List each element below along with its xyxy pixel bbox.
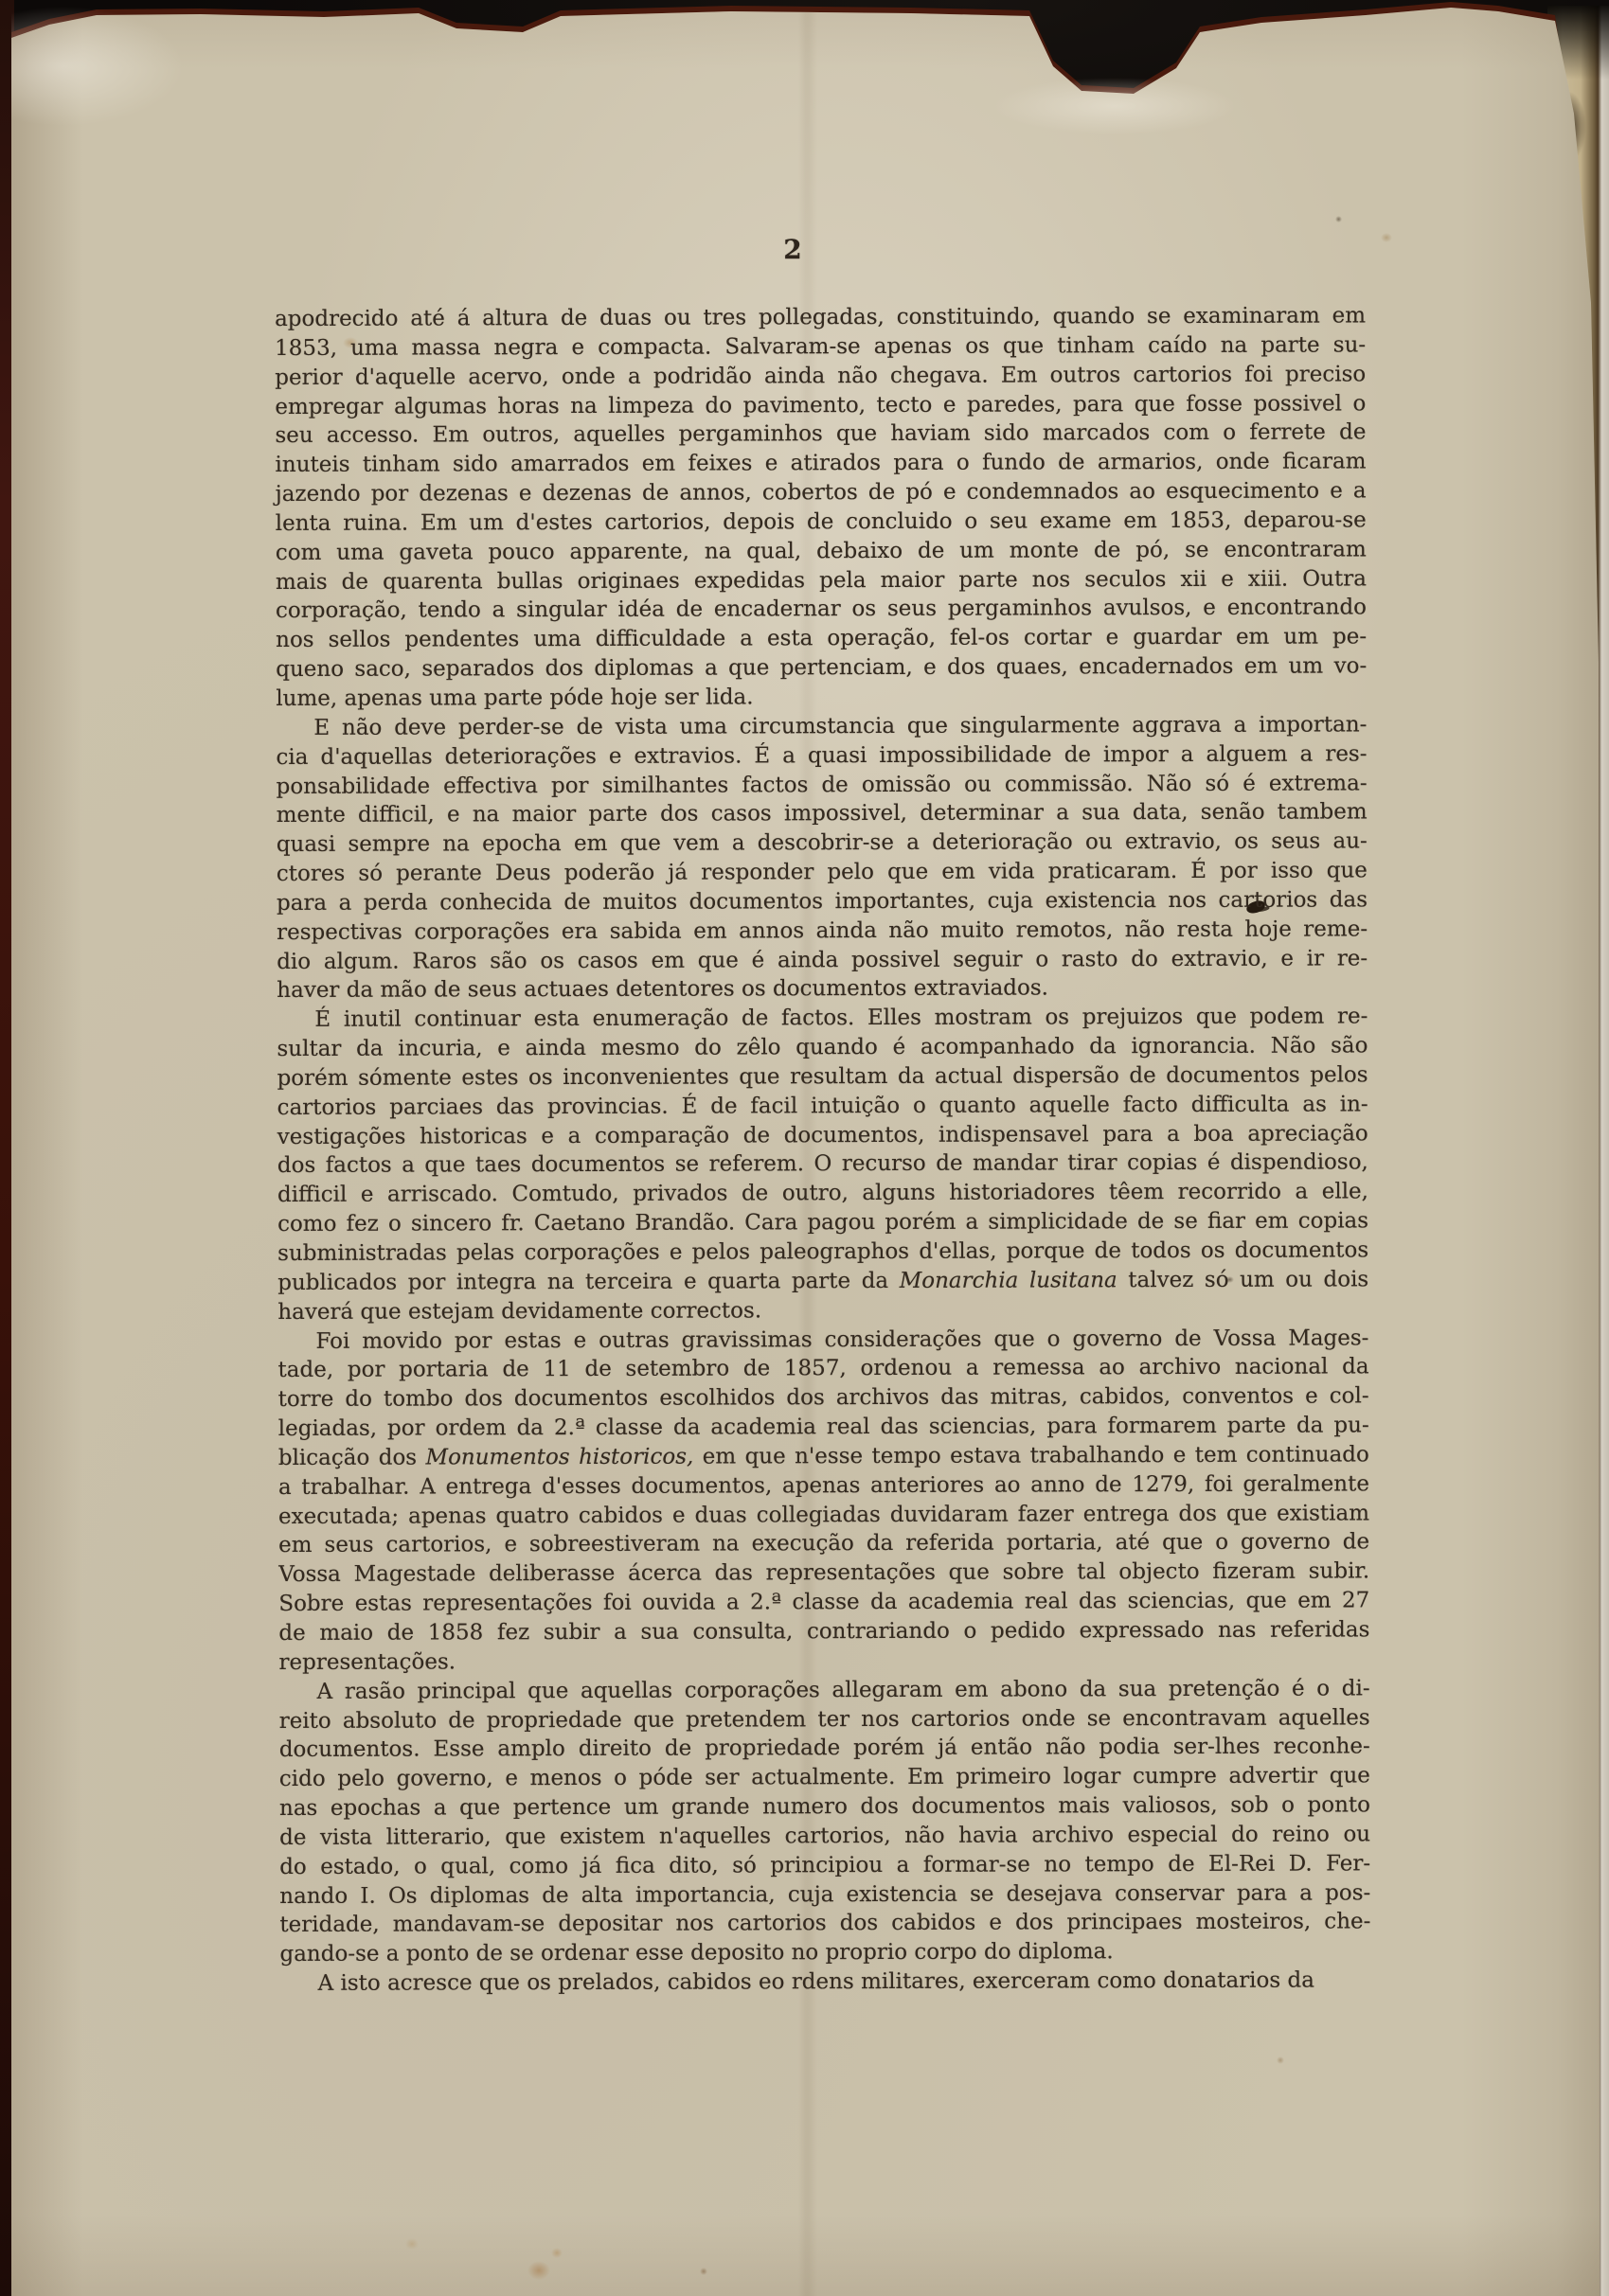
text-line: de maio de 1858 fez subir a sua consulta… bbox=[278, 1615, 1369, 1647]
text-line: em seus cartorios, e sobreestiveram na e… bbox=[278, 1528, 1369, 1560]
text-line: do estado, o qual, como já fica dito, só… bbox=[279, 1849, 1370, 1881]
text-line: a trabalhar. A entrega d'esses documento… bbox=[278, 1469, 1369, 1502]
text-line: cido pelo governo, e menos o póde ser ac… bbox=[279, 1762, 1370, 1794]
foxing-spot bbox=[1277, 2056, 1284, 2064]
text-line: nos sellos pendentes uma difficuldade a … bbox=[276, 623, 1367, 655]
text-line: lume, apenas uma parte póde hoje ser lid… bbox=[276, 681, 1367, 713]
text-line: haver da mão de seus actuaes detentores … bbox=[277, 973, 1368, 1006]
text-line: representações. bbox=[278, 1645, 1369, 1677]
text-line: apodrecido até á altura de duas ou tres … bbox=[275, 301, 1366, 333]
text-line: subministradas pelas corporações e pelos… bbox=[277, 1236, 1368, 1268]
text-line: A isto acresce que os prelados, cabidos … bbox=[280, 1966, 1371, 1998]
text-line: inuteis tinham sido amarrados em feixes … bbox=[275, 448, 1366, 480]
text-line: Sobre estas representações foi ouvida a … bbox=[278, 1586, 1369, 1618]
text-line: perior d'aquelle acervo, onde a podridão… bbox=[275, 360, 1366, 392]
text-block: apodrecido até á altura de duas ou tres … bbox=[275, 301, 1371, 1999]
text-line: É inutil continuar esta enumeração de fa… bbox=[277, 1003, 1368, 1035]
foxing-spot bbox=[527, 2261, 550, 2280]
foxing-spot bbox=[551, 2248, 563, 2258]
text-line: jazendo por dezenas e dezenas de annos, … bbox=[276, 476, 1367, 508]
text-line: 1853, uma massa negra e compacta. Salvar… bbox=[275, 330, 1366, 363]
text-line: A rasão principal que aquellas corporaçõ… bbox=[279, 1674, 1370, 1706]
foxing-spot bbox=[1381, 233, 1392, 242]
foxing-spot bbox=[405, 2238, 419, 2250]
text-line: respectivas corporações era sabida em an… bbox=[277, 915, 1368, 947]
text-line: publicados por integra na terceira e qua… bbox=[277, 1265, 1368, 1297]
text-line: torre do tombo dos documentos escolhidos… bbox=[278, 1382, 1369, 1415]
text-line: gando-se a ponto de se ordenar esse depo… bbox=[279, 1937, 1370, 1969]
text-line: haverá que estejam devidamente correctos… bbox=[277, 1294, 1368, 1326]
foxing-spot bbox=[700, 2268, 707, 2275]
text-line: ponsabilidade effectiva por similhantes … bbox=[277, 769, 1368, 801]
text-line: vestigações historicas e a comparação de… bbox=[277, 1119, 1368, 1151]
text-line: sultar da incuria, e ainda mesmo do zêlo… bbox=[277, 1031, 1368, 1063]
text-line: seu accesso. Em outros, aquelles pergami… bbox=[275, 418, 1366, 451]
text-line: dos factos a que taes documentos se refe… bbox=[277, 1148, 1368, 1181]
text-line: documentos. Esse amplo direito de propri… bbox=[279, 1733, 1370, 1765]
text-line: com uma gaveta pouco apparente, na qual,… bbox=[276, 535, 1367, 567]
text-line: lenta ruina. Em um d'estes cartorios, de… bbox=[276, 506, 1367, 538]
text-line: E não deve perder-se de vista uma circum… bbox=[276, 710, 1367, 742]
text-line: difficil e arriscado. Comtudo, privados … bbox=[277, 1178, 1368, 1210]
text-line: porém sómente estes os inconvenientes qu… bbox=[277, 1060, 1368, 1093]
text-line: legiadas, por ordem da 2.ª classe da aca… bbox=[278, 1411, 1369, 1443]
text-line: mais de quarenta bullas originaes expedi… bbox=[276, 564, 1367, 596]
text-line: cartorios parciaes das provincias. É de … bbox=[277, 1090, 1368, 1122]
text-line: reito absoluto de propriedade que preten… bbox=[279, 1703, 1370, 1735]
text-line: teridade, mandavam-se depositar nos cart… bbox=[279, 1908, 1370, 1940]
text-line: dio algum. Raros são os casos em que é a… bbox=[277, 944, 1368, 976]
text-line: nas epochas a que pertence um grande num… bbox=[279, 1790, 1370, 1823]
text-line: de vista litterario, que existem n'aquel… bbox=[279, 1820, 1370, 1852]
text-line: empregar algumas horas na limpeza do pav… bbox=[275, 389, 1366, 421]
text-line: cia d'aquellas deteriorações e extravios… bbox=[276, 739, 1367, 772]
text-line: Foi movido por estas e outras gravissima… bbox=[277, 1324, 1368, 1356]
text-line: como fez o sincero fr. Caetano Brandão. … bbox=[277, 1207, 1368, 1239]
text-line: quasi sempre na epocha em que vem a desc… bbox=[277, 828, 1368, 860]
text-line: queno saco, separados dos diplomas a que… bbox=[276, 652, 1367, 685]
text-line: executada; apenas quatro cabidos e duas … bbox=[278, 1499, 1369, 1531]
text-line: nando I. Os diplomas de alta importancia… bbox=[279, 1878, 1370, 1911]
text-line: Vossa Magestade deliberasse ácerca das r… bbox=[278, 1557, 1369, 1590]
text-line: tade, por portaria de 11 de setembro de … bbox=[277, 1353, 1368, 1385]
text-line: corporação, tendo a singular idéa de enc… bbox=[276, 594, 1367, 626]
text-line: ctores só perante Deus poderão já respon… bbox=[277, 856, 1368, 888]
text-line: mente difficil, e na maior parte dos cas… bbox=[277, 798, 1368, 830]
foxing-spot bbox=[1335, 216, 1342, 222]
text-line: para a perda conhecida de muitos documen… bbox=[277, 885, 1368, 917]
text-line: blicação dos Monumentos historicos, em q… bbox=[278, 1440, 1369, 1472]
page-number: 2 bbox=[769, 234, 816, 265]
